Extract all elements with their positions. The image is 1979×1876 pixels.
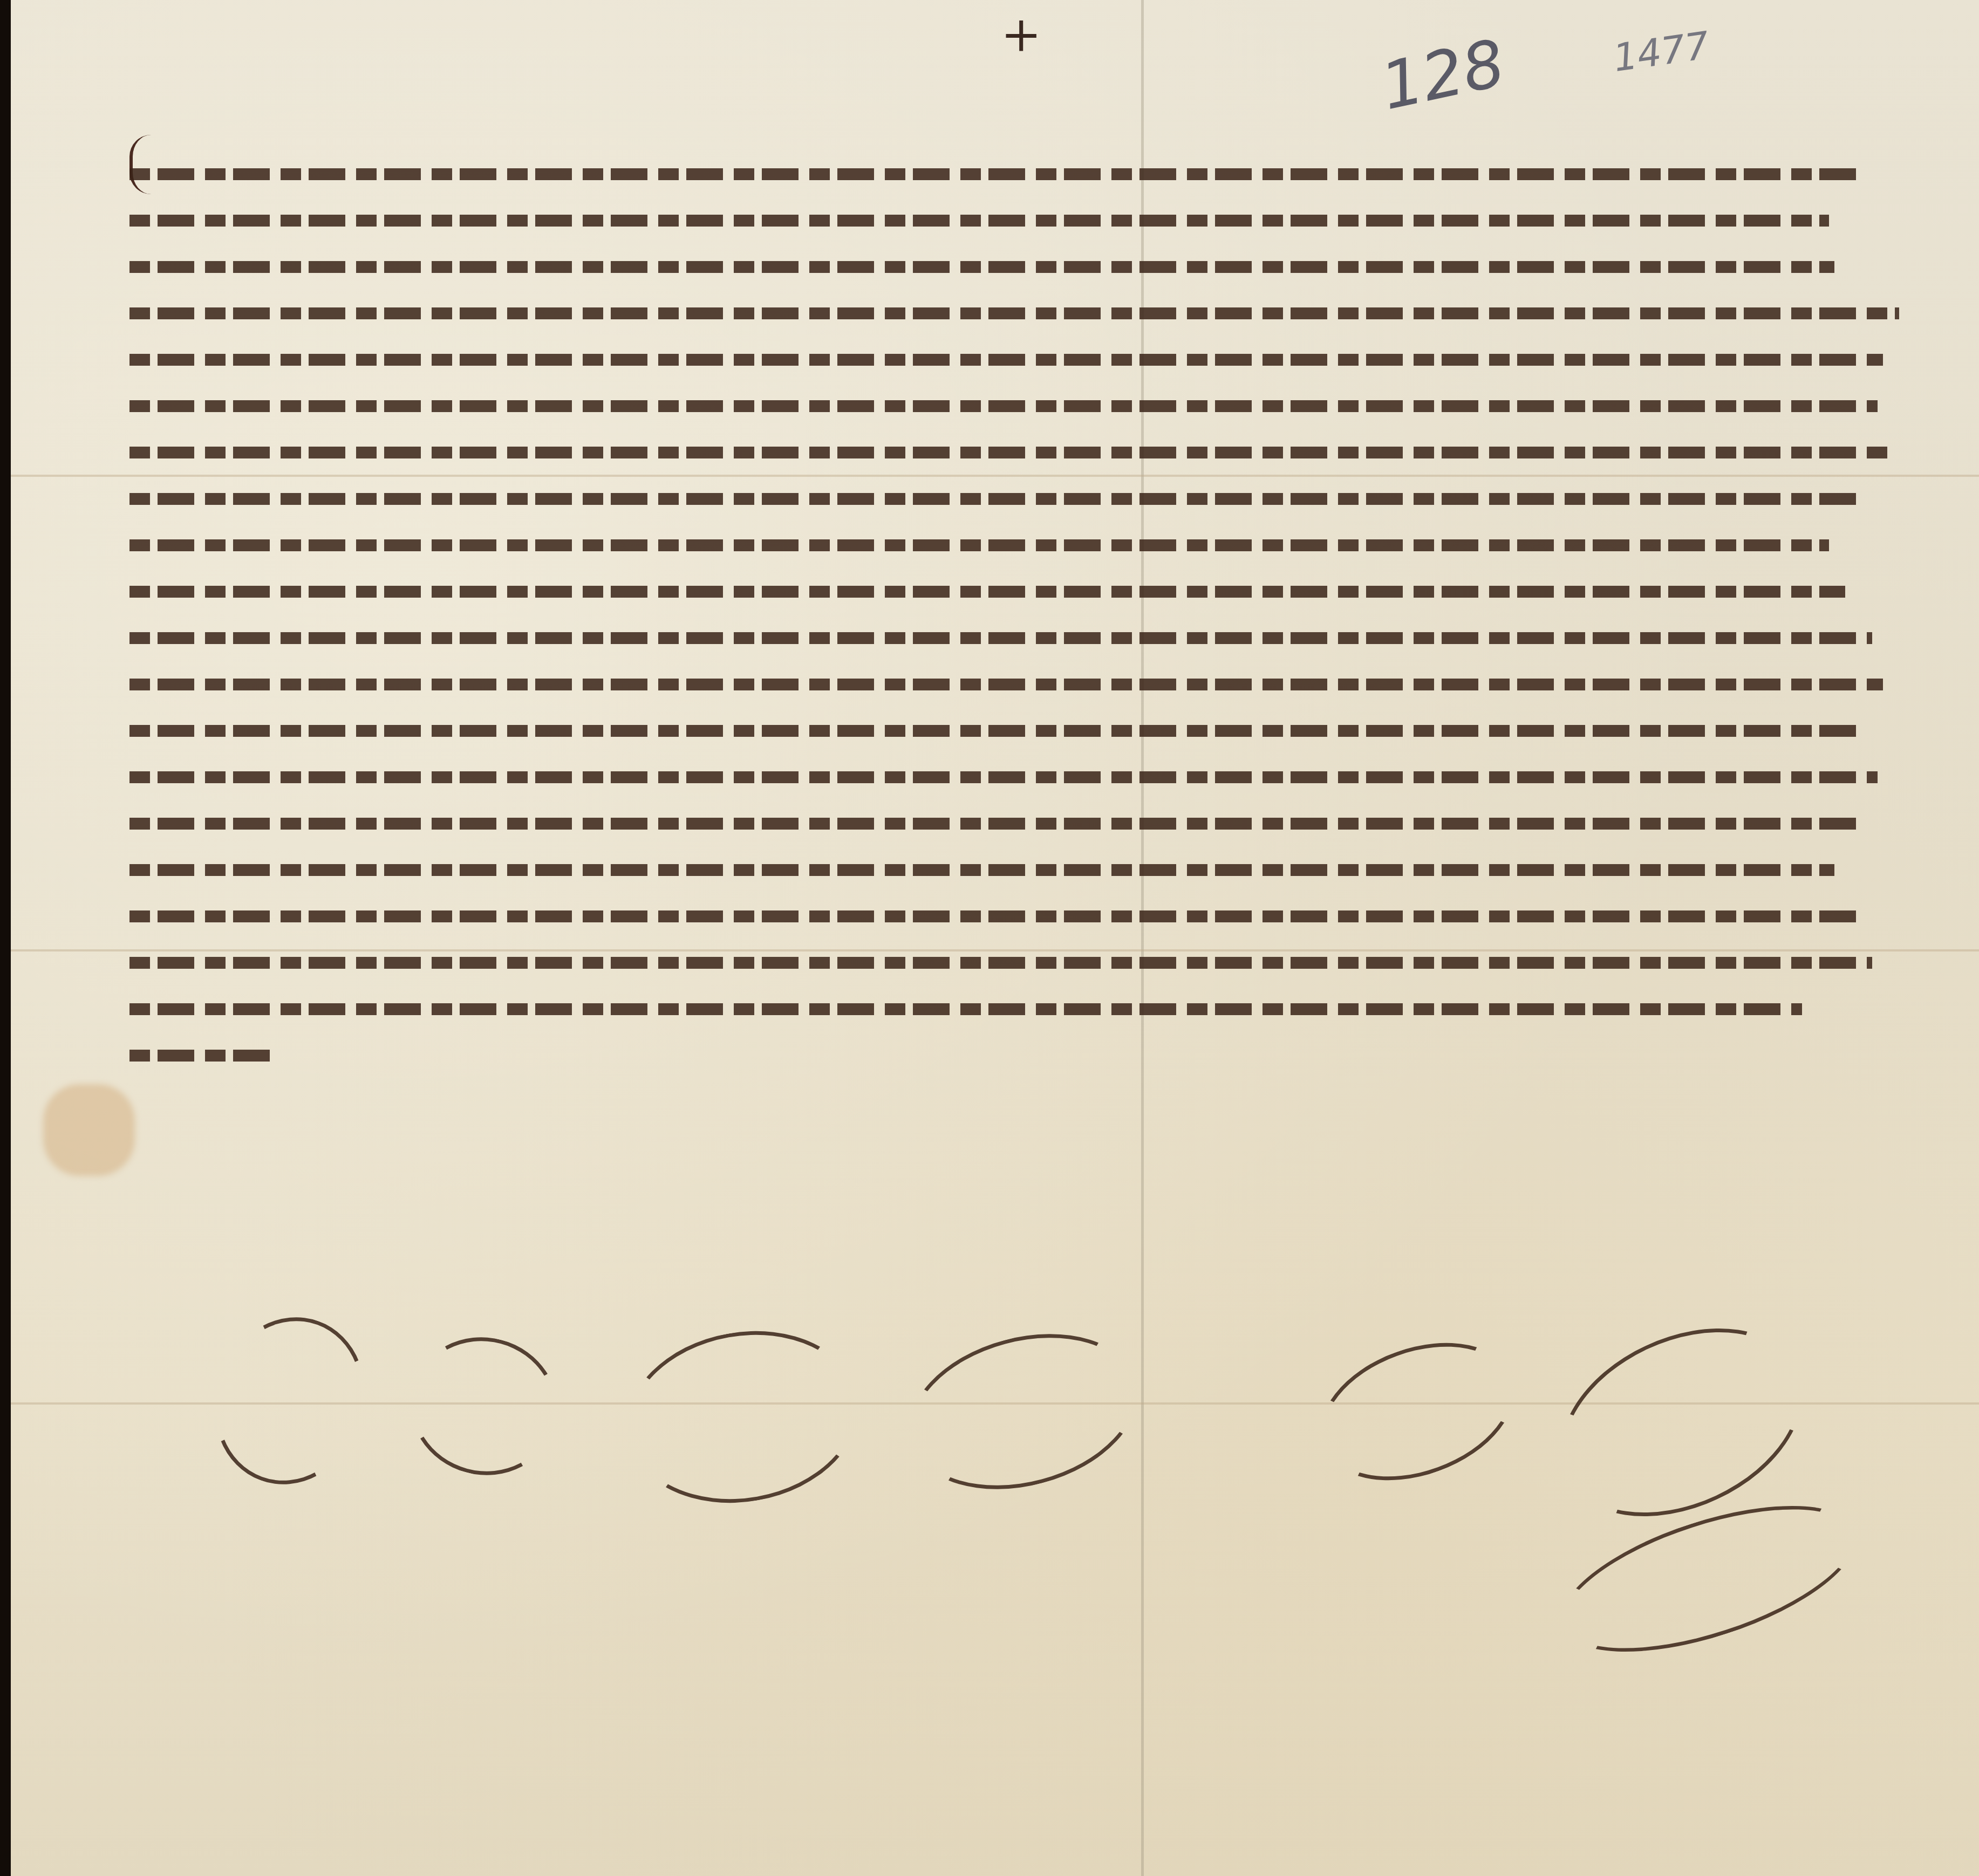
signature bbox=[192, 1296, 388, 1506]
water-stain bbox=[43, 1084, 135, 1176]
text-line bbox=[129, 156, 1856, 191]
manuscript-body bbox=[129, 156, 1910, 1084]
text-line bbox=[129, 481, 1856, 516]
signature-block bbox=[205, 1316, 1932, 1694]
text-line bbox=[129, 945, 1872, 980]
text-line bbox=[129, 1038, 270, 1072]
text-line bbox=[129, 991, 1802, 1026]
text-line bbox=[129, 435, 1888, 469]
cross-mark: + bbox=[1001, 11, 1041, 59]
text-line bbox=[129, 342, 1883, 376]
text-line bbox=[129, 713, 1856, 748]
text-line bbox=[129, 528, 1829, 562]
text-line bbox=[129, 203, 1829, 237]
signature bbox=[1301, 1318, 1533, 1505]
text-line bbox=[129, 249, 1834, 284]
text-line bbox=[129, 667, 1883, 701]
scan-edge bbox=[0, 0, 12, 1876]
signature bbox=[891, 1310, 1156, 1514]
text-line bbox=[129, 620, 1872, 655]
text-line bbox=[129, 759, 1878, 794]
text-line bbox=[129, 852, 1834, 887]
signature bbox=[613, 1313, 873, 1521]
text-line bbox=[129, 899, 1856, 933]
text-line bbox=[129, 296, 1899, 330]
text-line bbox=[129, 574, 1845, 608]
signature bbox=[1544, 1476, 1874, 1682]
text-line bbox=[129, 806, 1856, 840]
text-line bbox=[129, 388, 1878, 423]
signature bbox=[395, 1321, 573, 1491]
